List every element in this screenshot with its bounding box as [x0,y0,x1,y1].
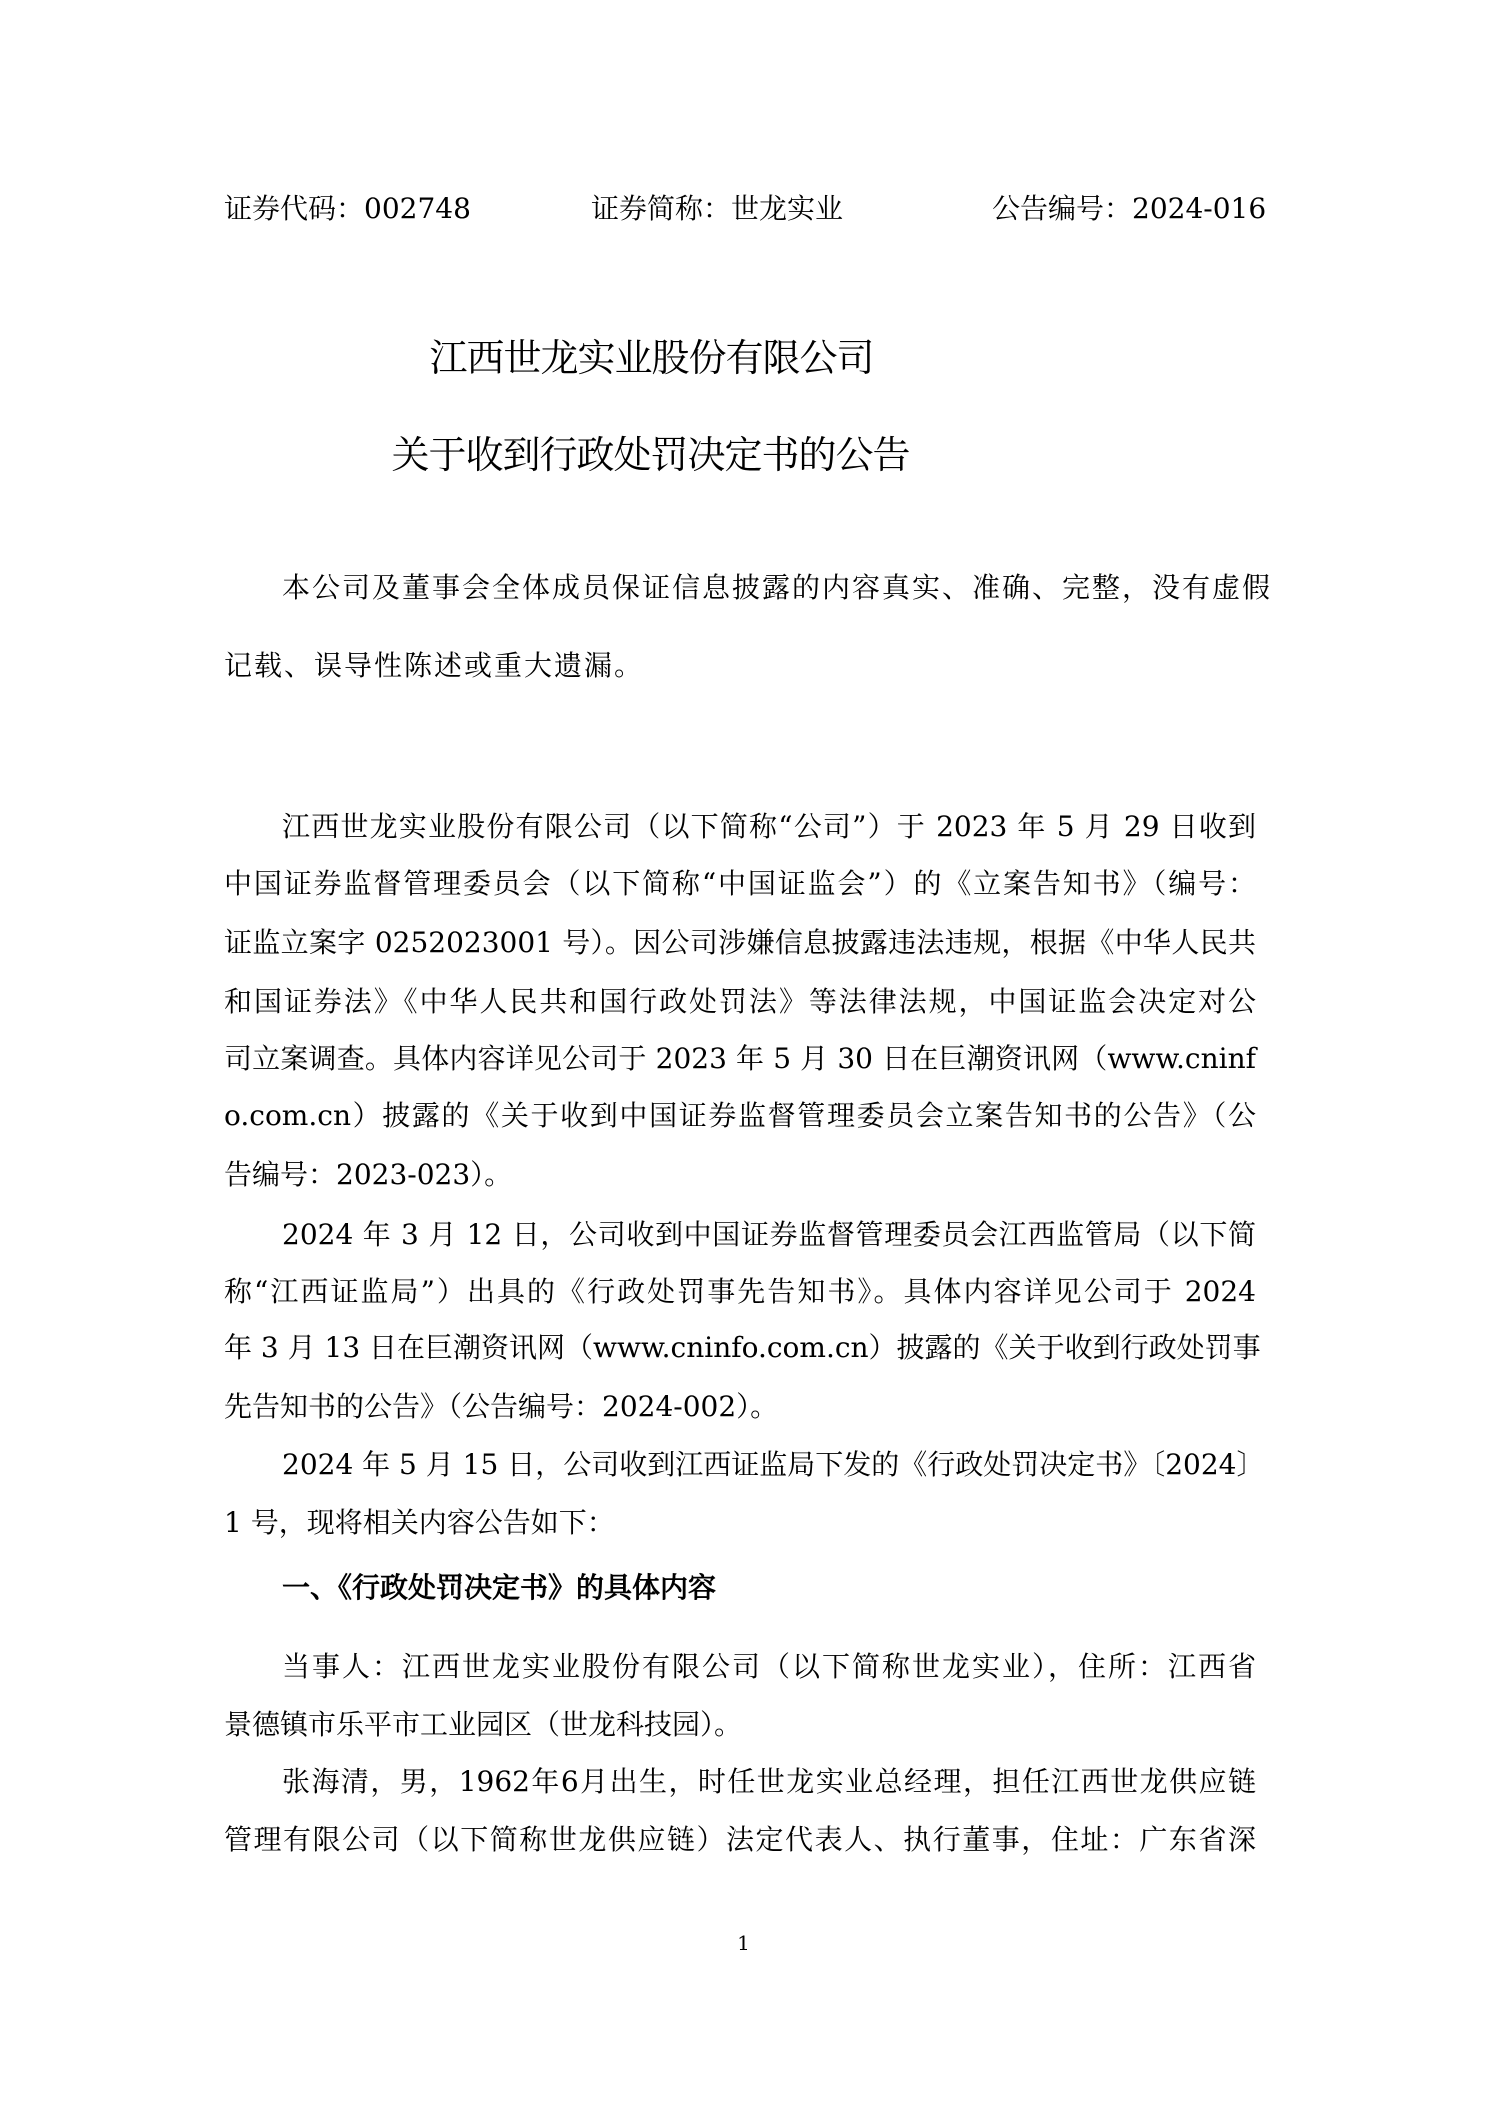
section-heading: 一、《行政处罚决定书》的具体内容 [282,1568,716,1608]
body-line: 管理有限公司（以下简称世龙供应链）法定代表人、执行董事，住址：广东省深 [224,1820,1256,1860]
body-line: 称“江西证监局”）出具的《行政处罚事先告知书》。具体内容详见公司于 2024 [224,1272,1256,1312]
body-line: 景德镇市乐平市工业园区（世龙科技园）。 [224,1705,1256,1745]
document-title-company: 江西世龙实业股份有限公司 [0,334,1395,382]
body-line: 江西世龙实业股份有限公司（以下简称“公司”）于 2023 年 5 月 29 日收… [282,807,1256,847]
body-line: o.com.cn）披露的《关于收到中国证券监督管理委员会立案告知书的公告》（公 [224,1096,1256,1136]
disclaimer-line: 记载、误导性陈述或重大遗漏。 [224,646,1256,686]
body-line: 证监立案字 0252023001 号）。因公司涉嫌信息披露违法违规，根据《中华人… [224,923,1256,963]
body-line: 2024 年 3 月 12 日，公司收到中国证券监督管理委员会江西监管局（以下简 [282,1215,1256,1255]
stock-code: 证券代码：002748 [224,190,471,228]
page-number: 1 [0,1930,1487,1956]
body-line: 1 号，现将相关内容公告如下： [224,1503,1256,1543]
disclaimer-line: 本公司及董事会全体成员保证信息披露的内容真实、准确、完整，没有虚假 [282,568,1256,608]
stock-short-name: 证券简称：世龙实业 [591,190,843,228]
body-line: 司立案调查。具体内容详见公司于 2023 年 5 月 30 日在巨潮资讯网（ww… [224,1039,1256,1079]
body-line: 张海清，男，1962年6月出生，时任世龙实业总经理，担任江西世龙供应链 [282,1762,1256,1802]
body-line: 中国证券监督管理委员会（以下简称“中国证监会”）的《立案告知书》（编号： [224,864,1256,904]
body-line: 年 3 月 13 日在巨潮资讯网（www.cninfo.com.cn）披露的《关… [224,1328,1256,1368]
body-line: 和国证券法》《中华人民共和国行政处罚法》等法律法规，中国证监会决定对公 [224,982,1256,1022]
body-line: 告编号：2023-023）。 [224,1155,1256,1195]
document-page: 证券代码：002748 证券简称：世龙实业 公告编号：2024-016 江西世龙… [0,0,1487,2105]
body-line: 当事人：江西世龙实业股份有限公司（以下简称世龙实业），住所：江西省 [282,1647,1256,1687]
announcement-number: 公告编号：2024-016 [992,190,1266,228]
body-line: 先告知书的公告》（公告编号：2024-002）。 [224,1387,1256,1427]
body-line: 2024 年 5 月 15 日，公司收到江西证监局下发的《行政处罚决定书》〔20… [282,1445,1256,1485]
document-title-subject: 关于收到行政处罚决定书的公告 [0,431,1394,479]
